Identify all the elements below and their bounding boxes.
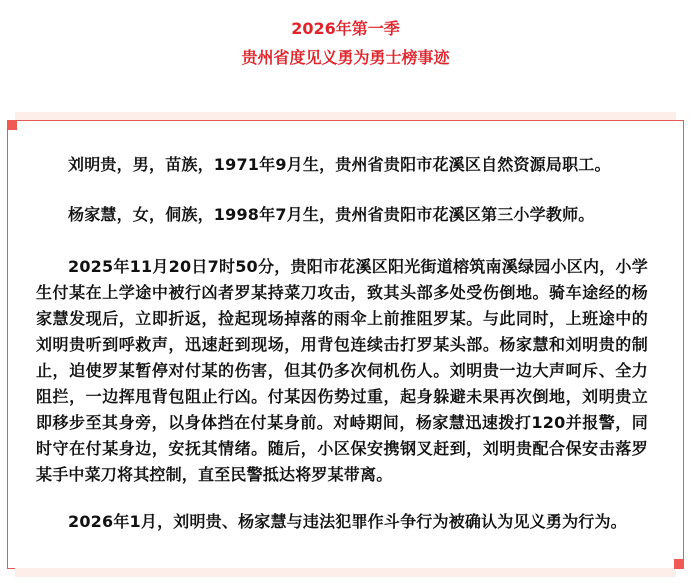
header-main-title: 贵州省度见义勇为勇士榜事迹 bbox=[0, 47, 691, 69]
paragraph-recognition: 2026年1月，刘明贵、杨家慧与违法犯罪作斗争行为被确认为见义勇为行为。 bbox=[36, 509, 648, 535]
paragraph-incident: 2025年11月20日7时50分，贵阳市花溪区阳光街道榕筑南溪绿园小区内，小学生… bbox=[36, 254, 648, 488]
paragraph-person-yang: 杨家慧，女，侗族，1998年7月生，贵州省贵阳市花溪区第三小学教师。 bbox=[36, 202, 648, 228]
corner-accent-bottom-right bbox=[674, 559, 684, 569]
corner-accent-top-left bbox=[7, 120, 17, 130]
decorative-band-bottom bbox=[15, 568, 676, 577]
decorative-band-top bbox=[15, 112, 676, 120]
paragraph-person-liu: 刘明贵，男，苗族，1971年9月生，贵州省贵阳市花溪区自然资源局职工。 bbox=[36, 152, 648, 178]
header-season-title: 2026年第一季 bbox=[0, 18, 691, 40]
